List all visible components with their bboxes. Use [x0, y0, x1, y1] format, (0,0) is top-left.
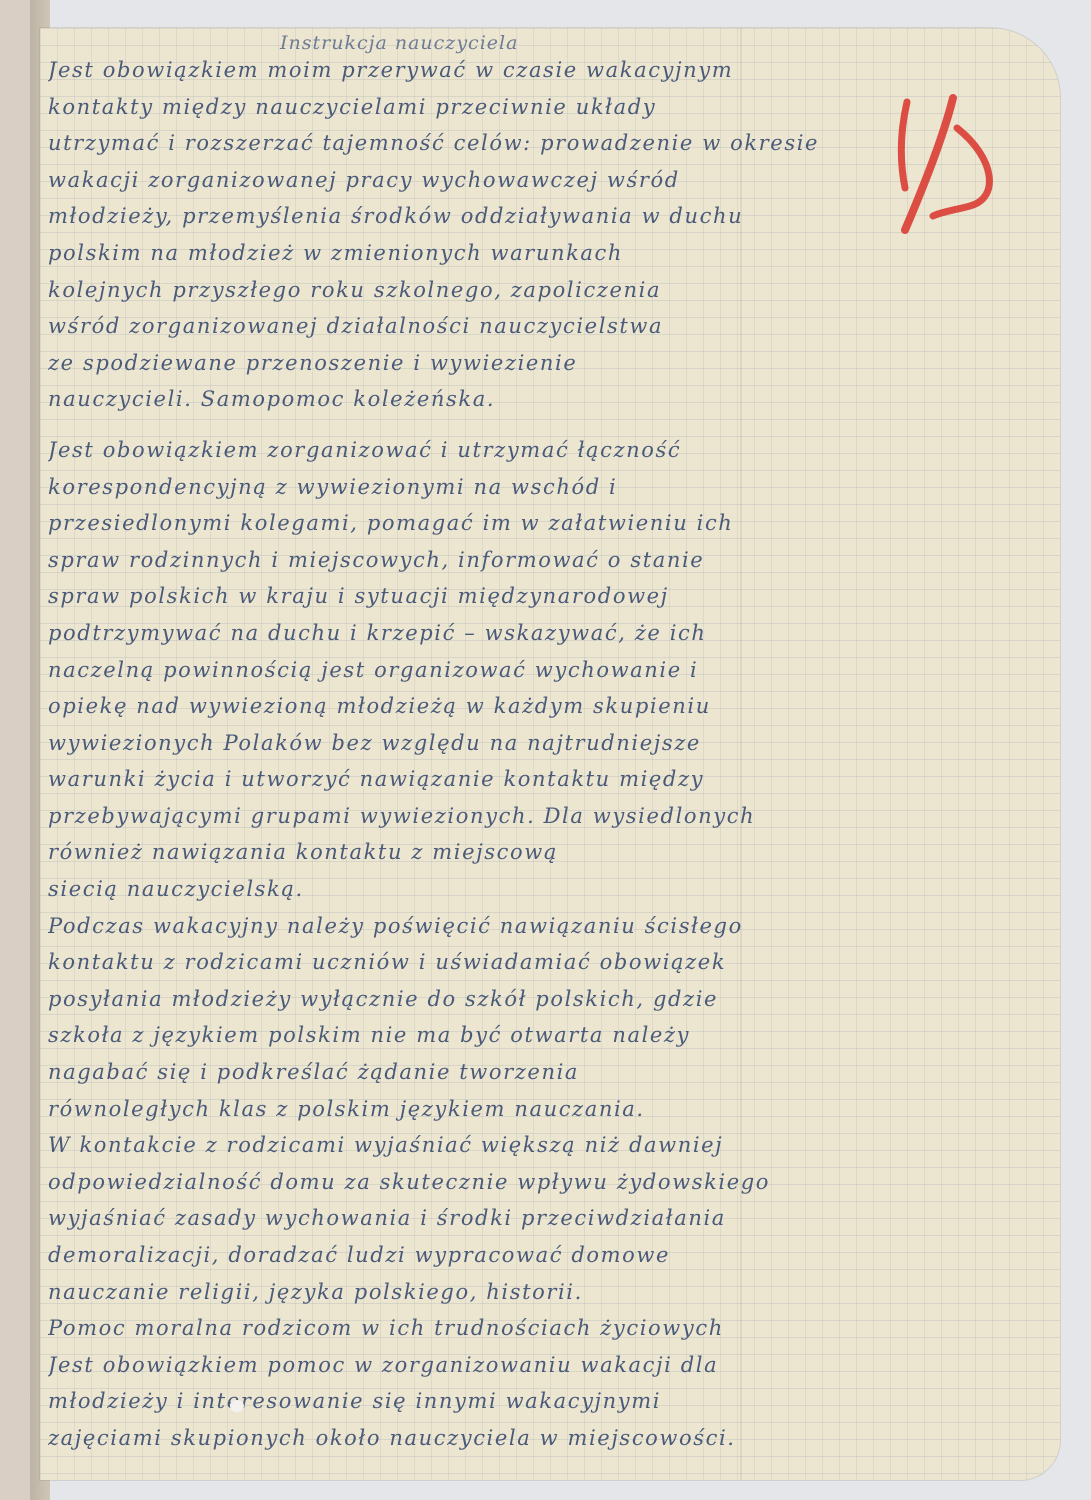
text-line: młodzieży i interesowanie się innymi wak…: [48, 1383, 1040, 1420]
text-line: wyjaśniać zasady wychowania i środki prz…: [48, 1200, 1040, 1237]
text-line: Jest obowiązkiem pomoc w zorganizowaniu …: [48, 1347, 1040, 1384]
text-line: korespondencyjną z wywiezionymi na wschó…: [48, 469, 1040, 506]
text-line: przesiedlonymi kolegami, pomagać im w za…: [48, 505, 1040, 542]
text-line: demoralizacji, doradzać ludzi wypracować…: [48, 1237, 1040, 1274]
text-line: nauczanie religii, języka polskiego, his…: [48, 1274, 1040, 1311]
text-line: młodzieży, przemyślenia środków oddziały…: [48, 198, 1040, 235]
text-line: nauczycieli. Samopomoc koleżeńska.: [48, 381, 1040, 418]
text-line: wywiezionych Polaków bez względu na najt…: [48, 725, 1040, 762]
text-line: również nawiązania kontaktu z miejscową: [48, 834, 1040, 871]
text-line: równoległych klas z polskim językiem nau…: [48, 1091, 1040, 1128]
text-line: utrzymać i rozszerzać tajemność celów: p…: [48, 125, 1040, 162]
text-line: spraw polskich w kraju i sytuacji między…: [48, 578, 1040, 615]
text-line: siecią nauczycielską.: [48, 871, 1040, 908]
text-line: nagabać się i podkreślać żądanie tworzen…: [48, 1054, 1040, 1091]
text-line: opiekę nad wywiezioną młodzieżą w każdym…: [48, 688, 1040, 725]
text-line: kontaktu z rodzicami uczniów i uświadami…: [48, 944, 1040, 981]
paper-damage-spot: [230, 1400, 244, 1412]
text-line: Pomoc moralna rodzicom w ich trudnościac…: [48, 1310, 1040, 1347]
text-line: W kontakcie z rodzicami wyjaśniać większ…: [48, 1127, 1040, 1164]
paragraph-1: Jest obowiązkiem moim przerywać w czasie…: [48, 52, 1040, 418]
text-line: polskim na młodzież w zmienionych warunk…: [48, 235, 1040, 272]
paragraph-2: Jest obowiązkiem zorganizować i utrzymać…: [48, 432, 1040, 908]
text-line: ze spodziewane przenoszenie i wywiezieni…: [48, 345, 1040, 382]
document-title: Instrukcja nauczyciela: [280, 32, 518, 54]
text-line: szkoła z językiem polskim nie ma być otw…: [48, 1017, 1040, 1054]
text-line: Jest obowiązkiem moim przerywać w czasie…: [48, 52, 1040, 89]
text-line: przebywającymi grupami wywiezionych. Dla…: [48, 798, 1040, 835]
paragraph-3: Podczas wakacyjny należy poświęcić nawią…: [48, 908, 1040, 1457]
text-line: warunki życia i utworzyć nawiązanie kont…: [48, 761, 1040, 798]
text-line: kontakty między nauczycielami przeciwnie…: [48, 89, 1040, 126]
text-line: podtrzymywać na duchu i krzepić – wskazy…: [48, 615, 1040, 652]
text-line: posyłania młodzieży wyłącznie do szkół p…: [48, 981, 1040, 1018]
text-line: Podczas wakacyjny należy poświęcić nawią…: [48, 908, 1040, 945]
text-body: Jest obowiązkiem moim przerywać w czasie…: [48, 52, 1040, 1457]
text-line: spraw rodzinnych i miejscowych, informow…: [48, 542, 1040, 579]
text-line: Jest obowiązkiem zorganizować i utrzymać…: [48, 432, 1040, 469]
text-line: naczelną powinnością jest organizować wy…: [48, 652, 1040, 689]
text-line: odpowiedzialność domu za skutecznie wpły…: [48, 1164, 1040, 1201]
text-line: wśród zorganizowanej działalności nauczy…: [48, 308, 1040, 345]
handwritten-sheet: Instrukcja nauczyciela Jest obowiązkiem …: [40, 28, 1060, 1480]
text-line: zajęciami skupionych około nauczyciela w…: [48, 1420, 1040, 1457]
binder-spine: [0, 0, 30, 1500]
text-line: kolejnych przyszłego roku szkolnego, zap…: [48, 272, 1040, 309]
text-line: wakacji zorganizowanej pracy wychowawcze…: [48, 162, 1040, 199]
